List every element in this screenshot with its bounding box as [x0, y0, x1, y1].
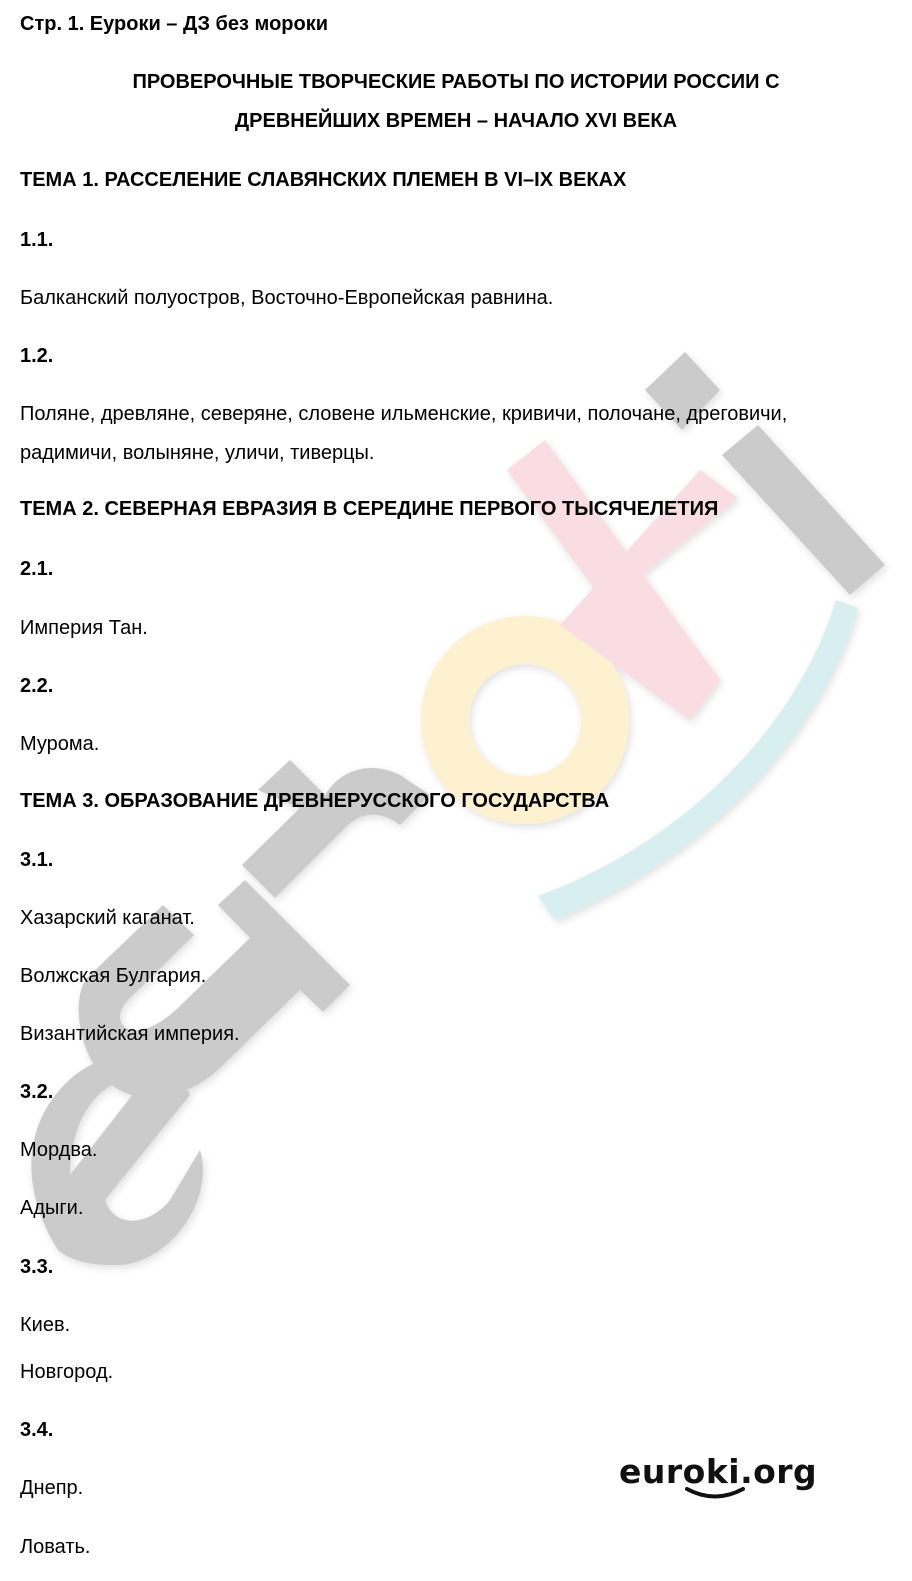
document-title-line1: ПРОВЕРОЧНЫЕ ТВОРЧЕСКИЕ РАБОТЫ ПО ИСТОРИИ…	[0, 70, 912, 94]
task-number: 3.3.	[20, 1255, 53, 1279]
task-number: 1.1.	[20, 228, 53, 252]
smile-icon	[684, 1486, 746, 1500]
task-answer: Мордва.	[20, 1138, 97, 1162]
task-answer: Новгород.	[20, 1360, 113, 1384]
topic-heading: ТЕМА 3. ОБРАЗОВАНИЕ ДРЕВНЕРУССКОГО ГОСУД…	[20, 789, 609, 813]
page-header: Стр. 1. Еуроки – ДЗ без мороки	[20, 12, 328, 36]
task-answer: Днепр.	[20, 1476, 83, 1500]
document-title-line2: ДРЕВНЕЙШИХ ВРЕМЕН – НАЧАЛО XVI ВЕКА	[0, 109, 912, 133]
task-answer: Поляне, древляне, северяне, словене ильм…	[20, 402, 787, 426]
task-number: 1.2.	[20, 344, 53, 368]
task-answer: радимичи, волыняне, уличи, тиверцы.	[20, 441, 374, 465]
task-answer: Киев.	[20, 1313, 70, 1337]
task-answer: Византийская империя.	[20, 1022, 240, 1046]
topic-heading: ТЕМА 2. СЕВЕРНАЯ ЕВРАЗИЯ В СЕРЕДИНЕ ПЕРВ…	[20, 497, 718, 521]
task-number: 3.2.	[20, 1080, 53, 1104]
task-answer: Хазарский каганат.	[20, 906, 195, 930]
task-answer: Балканский полуостров, Восточно-Европейс…	[20, 286, 553, 310]
task-number: 2.1.	[20, 557, 53, 581]
document-page: Стр. 1. Еуроки – ДЗ без мороки ПРОВЕРОЧН…	[0, 0, 912, 1581]
topic-heading: ТЕМА 1. РАССЕЛЕНИЕ СЛАВЯНСКИХ ПЛЕМЕН В V…	[20, 168, 626, 192]
task-answer: Мурома.	[20, 732, 99, 756]
task-answer: Ловать.	[20, 1535, 90, 1559]
task-answer: Адыги.	[20, 1196, 83, 1220]
task-number: 2.2.	[20, 674, 53, 698]
task-answer: Волжская Булгария.	[20, 964, 206, 988]
task-answer: Империя Тан.	[20, 616, 148, 640]
task-number: 3.4.	[20, 1418, 53, 1442]
task-number: 3.1.	[20, 848, 53, 872]
